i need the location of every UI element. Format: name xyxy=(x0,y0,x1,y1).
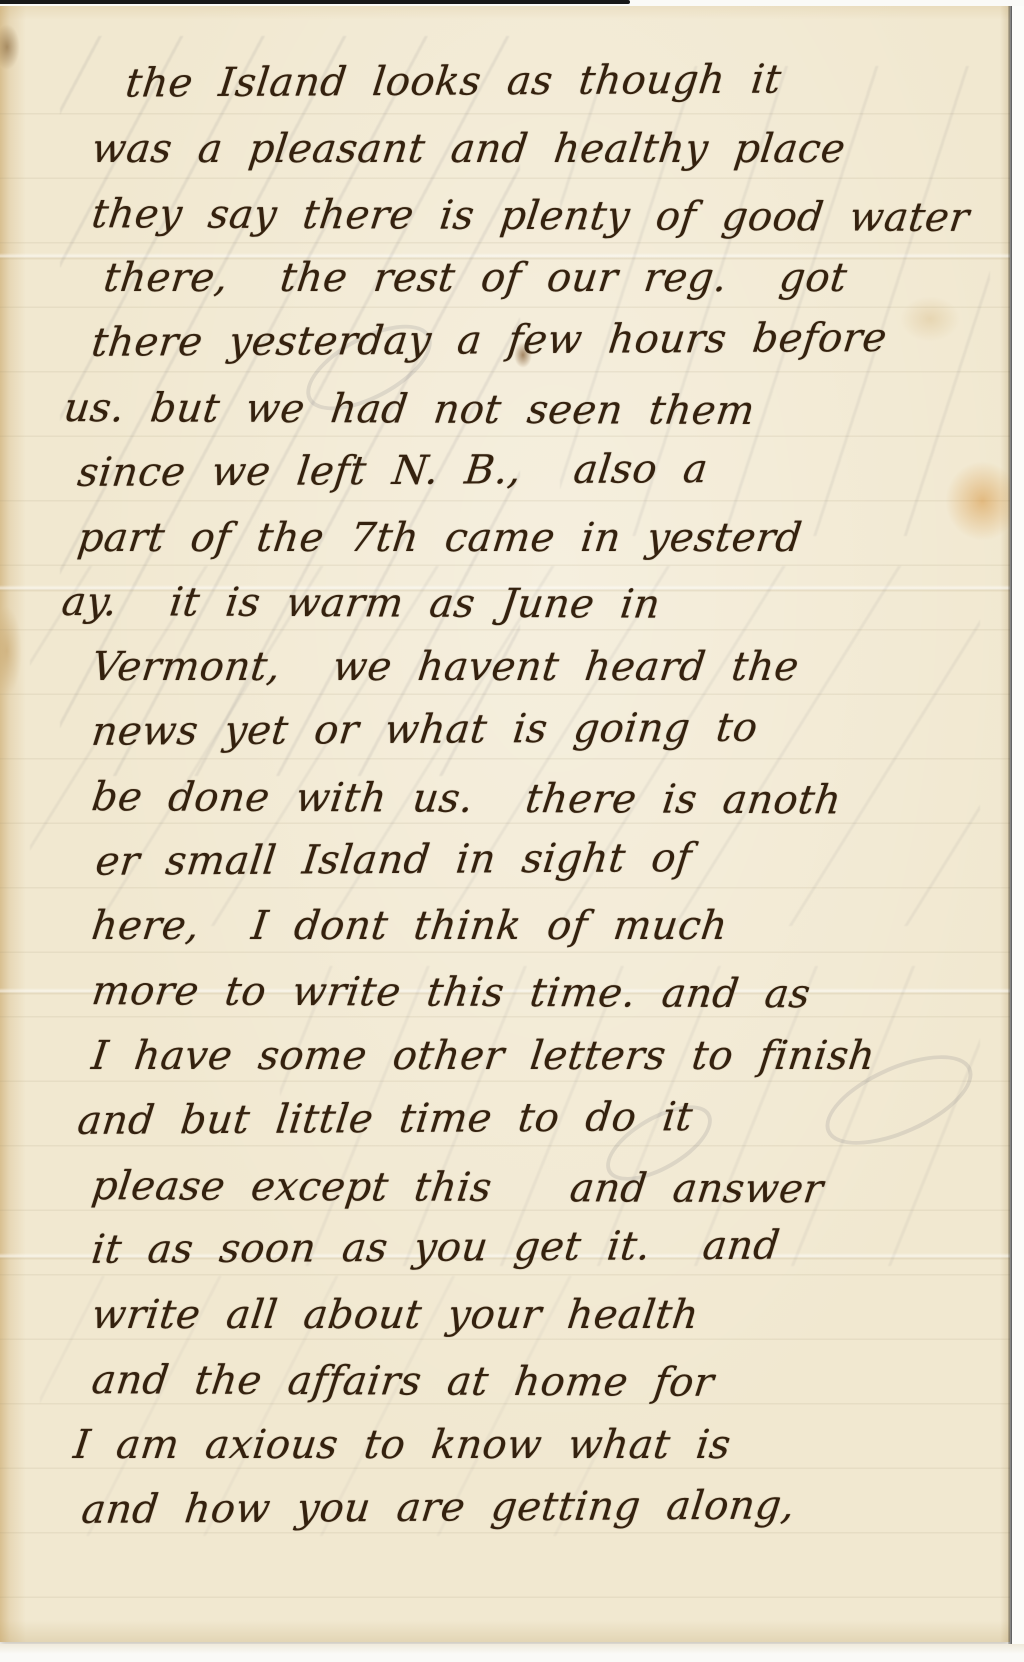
handwriting-line: the Island looks as though it xyxy=(58,46,1004,117)
letter-text: the Island looks as though it was a plea… xyxy=(58,52,996,1542)
handwriting-line: Vermont, we havent heard the xyxy=(58,635,1004,700)
handwriting-line: and how you are getting along, xyxy=(58,1472,1004,1543)
handwriting-line: news yet or what is going to xyxy=(58,694,1004,765)
handwriting-line: here, I dont think of much xyxy=(58,894,1004,959)
handwriting-line: more to write this time. and as xyxy=(58,959,1004,1028)
handwriting-line: since we left N. B., also a xyxy=(58,435,1004,506)
paper-edge-right xyxy=(1008,0,1012,1646)
handwriting-line: ay. it is warm as June in xyxy=(58,570,1004,639)
handwriting-line: they say there is plenty of good water xyxy=(58,182,1004,251)
handwriting-line: I am axious to know what is xyxy=(58,1413,1004,1478)
handwriting-line: us. but we had not seen them xyxy=(58,376,1004,445)
handwriting-line: please except this and answer xyxy=(58,1154,1004,1223)
handwriting-line: there yesterday a few hours before xyxy=(58,305,1004,376)
scanner-background-bottom xyxy=(0,1644,1024,1662)
handwriting-line: be done with us. there is anoth xyxy=(58,765,1004,834)
handwriting-line: part of the 7th came in yesterd xyxy=(58,506,1004,571)
handwriting-line: er small Island in sight of xyxy=(58,824,1004,895)
scanner-background-right xyxy=(1010,0,1024,1662)
handwriting-line: and but little time to do it xyxy=(58,1083,1004,1154)
handwriting-line: was a pleasant and healthy place xyxy=(58,117,1004,182)
handwriting-line: there, the rest of our reg. got xyxy=(58,246,1004,311)
handwriting-line: write all about your health xyxy=(58,1283,1004,1348)
handwriting-line: and the affairs at home for xyxy=(58,1348,1004,1417)
handwriting-line: I have some other letters to finish xyxy=(58,1024,1004,1089)
letter-scan: the Island looks as though it was a plea… xyxy=(0,0,1024,1662)
handwriting-line: it as soon as you get it. and xyxy=(58,1213,1004,1284)
scan-artifact-line xyxy=(0,0,630,4)
